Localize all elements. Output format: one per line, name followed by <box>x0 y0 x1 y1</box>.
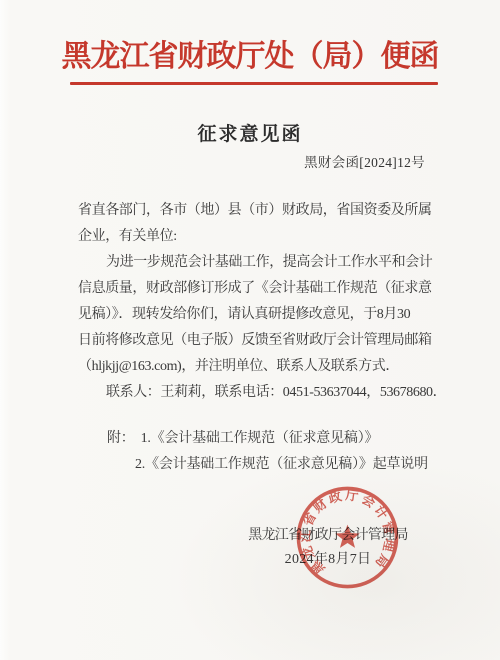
attachment-title: 1.《会计基础工作规范（征求意见稿）》 <box>141 431 379 446</box>
document-number: 黑财会函[2024]12号 <box>0 151 425 171</box>
letter-body: 省直各部门，各市（地）县（市）财政局，省国资委及所属 企业，有关单位: 为进一步… <box>78 198 432 406</box>
letterhead-rule <box>70 82 438 85</box>
letterhead-title: 黑龙江省财政厅处（局）便函 <box>0 31 500 75</box>
attachment-title: 2.《会计基础工作规范（征求意见稿）》起草说明 <box>135 457 428 472</box>
document-page: 黑龙江省财政厅处（局）便函 征求意见函 黑财会函[2024]12号 省直各部门，… <box>0 0 500 660</box>
attachments-block: 附：1.《会计基础工作规范（征求意见稿）》 2.《会计基础工作规范（征求意见稿）… <box>78 426 428 478</box>
body-line: 为进一步规范会计基础工作，提高会计工作水平和会计 <box>78 250 432 276</box>
official-seal: 黑龙江省财政厅会计管理局 <box>295 485 400 590</box>
salutation-line: 企业，有关单位: <box>78 224 432 250</box>
document-title: 征求意见函 <box>0 119 500 146</box>
body-line: 信息质量，财政部修订形成了《会计基础工作规范（征求意 <box>78 276 432 302</box>
attachment-item: 2.《会计基础工作规范（征求意见稿）》起草说明 <box>135 452 428 478</box>
attachments-label: 附： <box>107 431 135 446</box>
body-line: （hljkjj@163.com)，并注明单位、联系人及联系方式． <box>78 354 432 380</box>
contact-line: 联系人：王莉莉，联系电话：0451-53637044，53678680． <box>78 380 432 406</box>
body-line: 见稿）》．现转发给你们，请认真研提修改意见，于8月30 <box>78 302 432 328</box>
salutation-line: 省直各部门，各市（地）县（市）财政局，省国资委及所属 <box>78 198 432 224</box>
body-line: 日前将修改意见（电子版）反馈至省财政厅会计管理局邮箱 <box>78 328 432 354</box>
attachment-item: 附：1.《会计基础工作规范（征求意见稿）》 <box>107 426 428 452</box>
star-icon <box>335 525 360 548</box>
